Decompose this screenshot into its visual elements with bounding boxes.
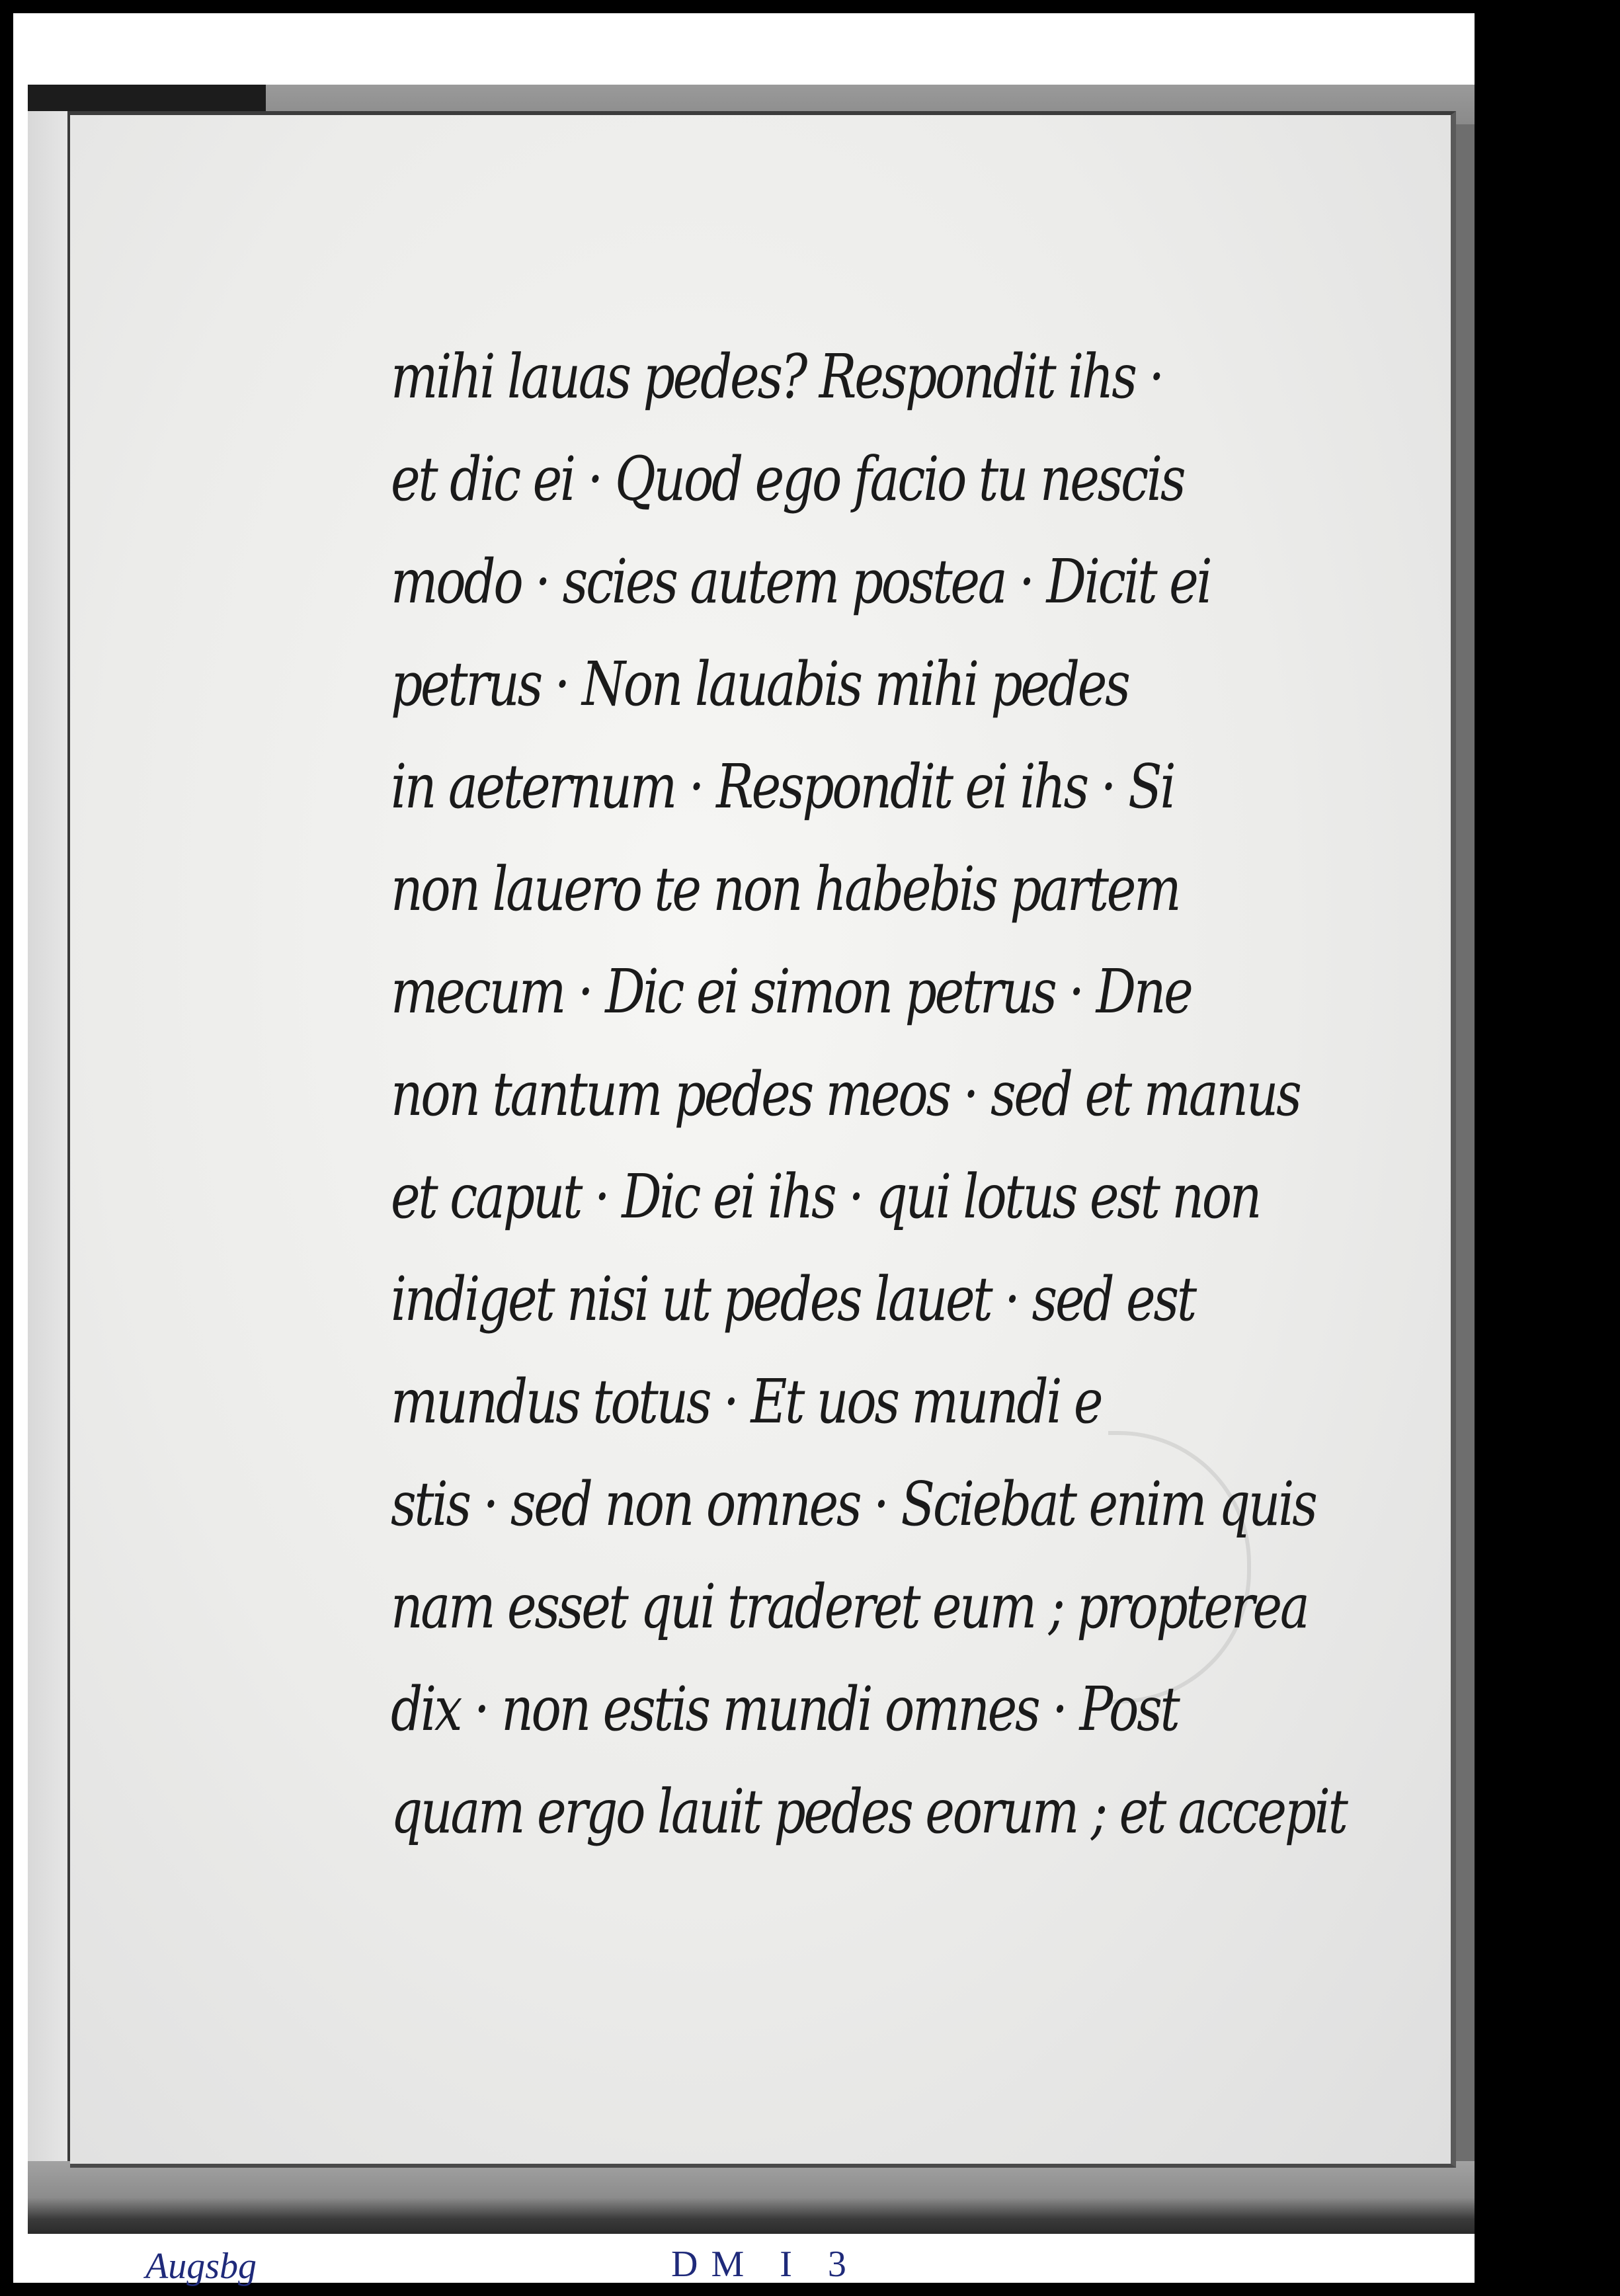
text-line: mihi lauas pedes? Respondit ihs · — [391, 347, 1162, 407]
text-line: modo · scies autem postea · Dicit ei — [391, 552, 1210, 612]
handwritten-place-annotation: Augsbg — [145, 2245, 257, 2287]
manuscript-page: 50 mihi lauas pedes? Respondit ihs · et … — [70, 111, 1456, 2168]
text-line: non lauero te non habebis partem — [391, 859, 1179, 920]
text-line: nam esset qui traderet eum ; propterea — [391, 1577, 1308, 1637]
text-line: non tantum pedes meos · sed et manus — [391, 1064, 1300, 1125]
text-line: dix · non estis mundi omnes · Post — [391, 1679, 1178, 1740]
handwritten-shelfmark-annotation: DM I 3 — [671, 2243, 860, 2285]
gutter-spine — [28, 111, 70, 2174]
text-line: mecum · Dic ei simon petrus · Dne — [391, 962, 1191, 1022]
text-line: petrus · Non lauabis mihi pedes — [391, 654, 1129, 715]
manuscript-photograph: 50 mihi lauas pedes? Respondit ihs · et … — [28, 85, 1475, 2234]
text-line: et caput · Dic ei ihs · qui lotus est no… — [391, 1167, 1260, 1227]
photo-mount-sheet: 50 mihi lauas pedes? Respondit ihs · et … — [13, 13, 1475, 2283]
text-line: quam ergo lauit pedes eorum ; et accepit — [391, 1782, 1346, 1842]
text-line: et dic ei · Quod ego facio tu nescis — [391, 449, 1184, 510]
text-line: indiget nisi ut pedes lauet · sed est — [391, 1269, 1195, 1330]
text-line: in aeternum · Respondit ei ihs · Si — [391, 757, 1174, 817]
text-line: stis · sed non omnes · Sciebat enim quis — [391, 1474, 1316, 1535]
binding-edge-bottom — [28, 2161, 1475, 2234]
text-line: mundus totus · Et uos mundi e — [391, 1372, 1101, 1432]
